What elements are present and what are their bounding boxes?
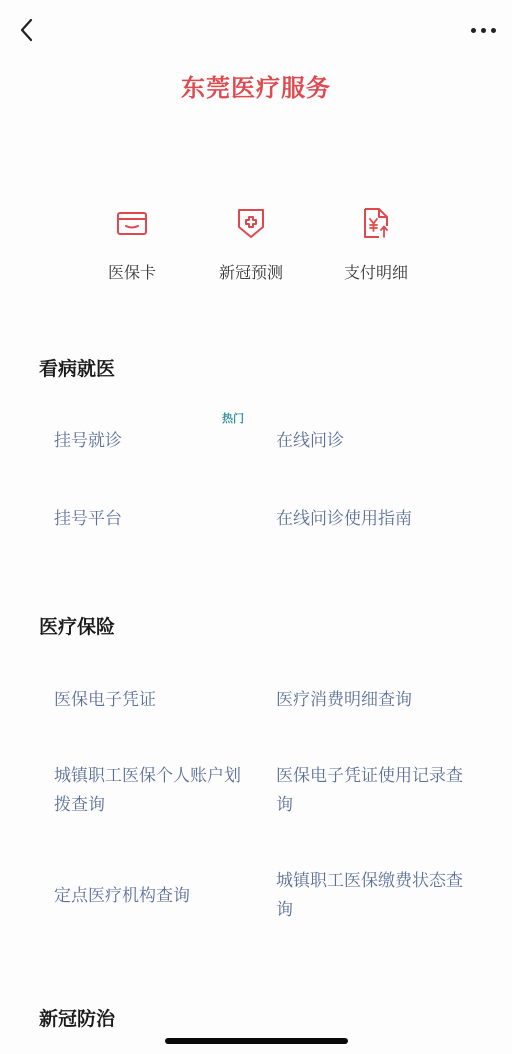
link-medical-expense-details[interactable]: 医疗消费明细查询	[276, 686, 476, 715]
shield-plus-icon	[234, 206, 268, 240]
link-online-consultation-guide[interactable]: 在线问诊使用指南	[276, 505, 476, 534]
quick-action-medical-card[interactable]: 医保卡	[72, 206, 192, 283]
section-title-medical-visit: 看病就医	[39, 354, 115, 381]
link-e-certificate-usage-records[interactable]: 医保电子凭证使用记录查询	[276, 762, 466, 820]
section-title-medical-insurance: 医疗保险	[39, 612, 115, 639]
page-title: 东莞医疗服务	[0, 68, 512, 103]
more-dots-icon	[471, 28, 476, 33]
home-indicator[interactable]	[165, 1038, 348, 1044]
more-button[interactable]	[466, 18, 500, 42]
quick-actions: 医保卡 新冠预测 支付明细	[0, 206, 512, 296]
link-registration[interactable]: 挂号就诊	[54, 427, 254, 456]
quick-action-label: 支付明细	[316, 260, 436, 283]
yuan-document-icon	[359, 206, 393, 240]
quick-action-label: 新冠预测	[191, 260, 311, 283]
chevron-left-icon	[14, 16, 42, 44]
section-title-covid-prevention: 新冠防治	[39, 1004, 115, 1031]
link-personal-account-transfer[interactable]: 城镇职工医保个人账户划拨查询	[54, 762, 244, 820]
link-payment-status[interactable]: 城镇职工医保缴费状态查询	[276, 867, 466, 925]
hot-badge: 热门	[222, 410, 244, 426]
back-button[interactable]	[14, 16, 42, 44]
quick-action-payment-details[interactable]: 支付明细	[316, 206, 436, 283]
link-online-consultation[interactable]: 在线问诊	[276, 427, 476, 456]
link-e-insurance-certificate[interactable]: 医保电子凭证	[54, 686, 254, 715]
link-designated-institutions[interactable]: 定点医疗机构查询	[54, 882, 254, 911]
card-icon	[115, 206, 149, 240]
quick-action-label: 医保卡	[72, 260, 192, 283]
link-registration-platform[interactable]: 挂号平台	[54, 505, 254, 534]
quick-action-covid-forecast[interactable]: 新冠预测	[191, 206, 311, 283]
